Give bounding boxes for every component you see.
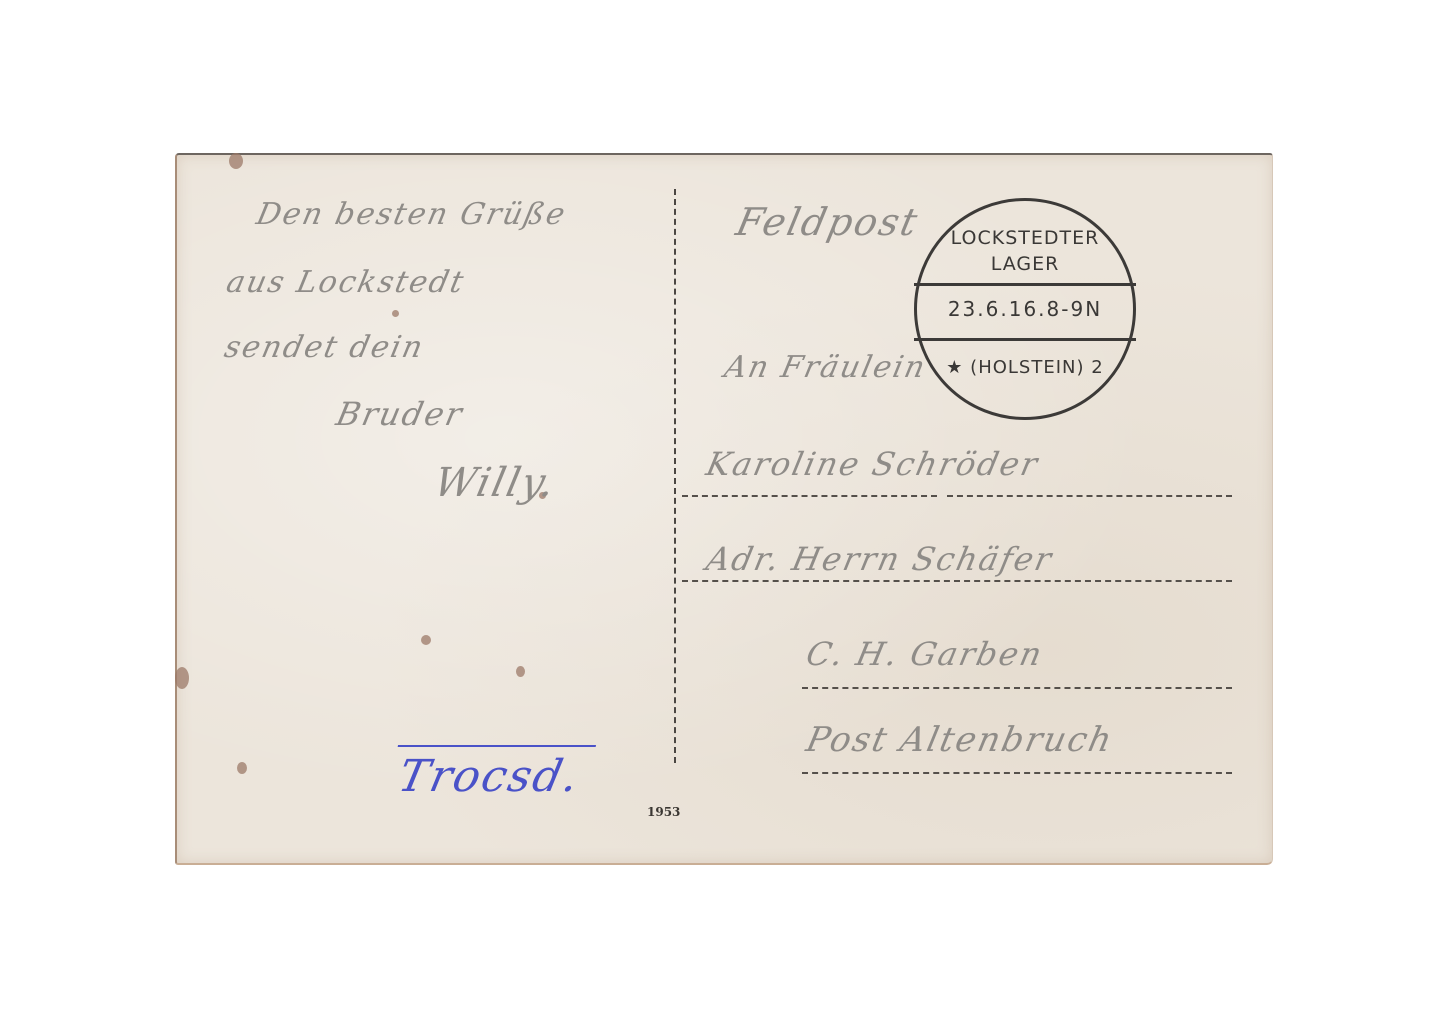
message-line: Bruder: [333, 395, 467, 433]
signature: Willy.: [430, 460, 561, 506]
postmark-top-text: LOCKSTEDTER: [917, 227, 1133, 249]
stain: [229, 153, 243, 169]
address-line: Post Altenbruch: [803, 720, 1117, 760]
star-icon: ★: [946, 357, 963, 378]
address-rule: [682, 580, 1232, 582]
feldpost-header: Feldpost: [732, 200, 923, 244]
address-line: Karoline Schröder: [703, 445, 1043, 483]
postcard-back: Den besten Grüße aus Lockstedt sendet de…: [175, 153, 1273, 865]
stain: [516, 666, 525, 677]
print-number: 1953: [647, 805, 680, 819]
address-rule: [802, 772, 1232, 774]
stain: [175, 667, 189, 689]
vertical-divider: [674, 189, 676, 763]
postmark-stamp: LOCKSTEDTER LAGER 23.6.16.8-9N ★ (HOLSTE…: [914, 198, 1136, 420]
postmark-suffix: 2: [1091, 357, 1103, 378]
stain: [421, 635, 431, 645]
message-line: aus Lockstedt: [223, 265, 468, 300]
message-line: sendet dein: [221, 330, 427, 365]
blue-ink-annotation: Trocsd.: [386, 745, 596, 802]
address-rule: [947, 495, 1232, 497]
address-salutation: An Fräulein: [721, 350, 930, 385]
stain: [237, 762, 247, 774]
address-line: C. H. Garben: [803, 635, 1047, 673]
postmark-bottom-text: ★ (HOLSTEIN) 2: [917, 357, 1133, 378]
address-rule: [802, 687, 1232, 689]
postmark-middle-text: LAGER: [917, 253, 1133, 275]
address-line: Adr. Herrn Schäfer: [703, 540, 1057, 578]
stain: [392, 310, 399, 317]
postmark-date: 23.6.16.8-9N: [917, 297, 1133, 321]
postmark-region: (HOLSTEIN): [970, 357, 1084, 378]
address-rule: [682, 495, 937, 497]
message-line: Den besten Grüße: [253, 197, 570, 232]
